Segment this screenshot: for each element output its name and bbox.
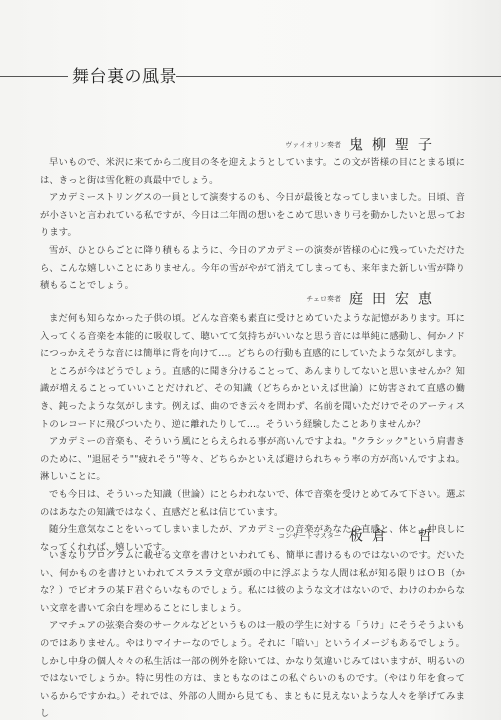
- author-name: 鬼柳聖子: [349, 138, 441, 154]
- scanned-page: 舞台裏の風景 ヴァイオリン奏者鬼柳聖子 早いもので、米沢に来てから二度目の冬を迎…: [0, 0, 501, 720]
- paragraph: ところが今はどうでしょう。直感的に聞き分けることって、あんまりしてないと思いませ…: [40, 363, 465, 433]
- author-name: 庭田宏恵: [349, 292, 441, 308]
- paragraph: 早いもので、米沢に来てから二度目の冬を迎えようとしています。この文が皆様の目にと…: [40, 154, 465, 189]
- author-role: チェロ奏者: [306, 295, 341, 303]
- byline-violinist: ヴァイオリン奏者鬼柳聖子: [285, 134, 441, 155]
- author-role: コンサートマスター: [278, 532, 341, 540]
- paragraph: 雪が、ひとひらごとに降り積もるように、今日のアカデミーの演奏が皆様の心に残ってい…: [40, 242, 465, 295]
- paragraph: でも今日は、そういった知識（世論）にとらわれないで、体で音楽を受けとめてみて下さ…: [40, 486, 465, 521]
- author-name: 板倉 哲: [349, 529, 441, 545]
- article-header: 舞台裏の風景: [0, 66, 501, 88]
- essay-concertmaster: いきなりプログラムに載せる文章を書けといわれても、簡単に書けるものではないのです…: [40, 547, 465, 720]
- byline-concertmaster: コンサートマスター板倉 哲: [278, 525, 441, 546]
- paragraph: アカデミーの音楽も、そういう風にとらえられる事が高いんですよね。"クラシック"と…: [40, 433, 465, 486]
- title-rule-left: [0, 76, 68, 77]
- essay-cellist: まだ何も知らなかった子供の頃。どんな音楽も素直に受けとめていたような記憶がありま…: [40, 310, 465, 556]
- paragraph: アカデミーストリングスの一員として演奏するのも、今日が最後となってしまいました。…: [40, 189, 465, 242]
- author-role: ヴァイオリン奏者: [285, 141, 341, 149]
- paragraph: いきなりプログラムに載せる文章を書けといわれても、簡単に書けるものではないのです…: [40, 547, 465, 617]
- title-rule-right: [176, 76, 501, 77]
- byline-cellist: チェロ奏者庭田宏恵: [306, 288, 441, 309]
- paragraph: まだ何も知らなかった子供の頃。どんな音楽も素直に受けとめていたような記憶がありま…: [40, 310, 465, 363]
- article-title: 舞台裏の風景: [72, 66, 177, 88]
- essay-violinist: 早いもので、米沢に来てから二度目の冬を迎えようとしています。この文が皆様の目にと…: [40, 154, 465, 295]
- paragraph: アマチュアの弦楽合奏のサークルなどというものは一般の学生に対する「うけ」にそうそ…: [40, 617, 465, 720]
